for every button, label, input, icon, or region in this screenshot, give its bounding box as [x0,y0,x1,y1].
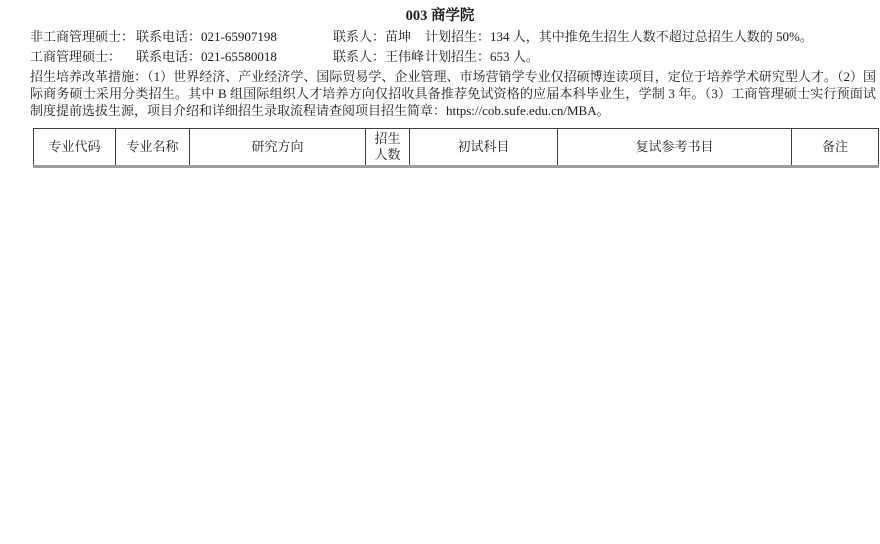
document-page: { "page": { "title": "003 商学院" }, "intro… [0,0,880,544]
mba-link[interactable]: https://cob.sufe.edu.cn/MBA [446,103,597,118]
header-major-name: 专业名称 [116,129,190,167]
contact-phone: 联系电话：021-65907198 [136,29,333,45]
planned-enrollment: 计划招生：134 人，其中推免生招生人数不超过总招生人数的 50%。 [425,29,880,45]
header-row: 专业代码 专业名称 研究方向 招生人数 初试科目 复试参考书目 备注 [34,129,879,167]
header-enrollment: 招生人数 [366,129,410,167]
contact-person: 联系人：王伟峰 [333,49,425,65]
table-header: 专业代码 专业名称 研究方向 招生人数 初试科目 复试参考书目 备注 [34,129,879,167]
planned-enrollment: 计划招生：653 人。 [425,49,880,65]
contact-line-mba: 工商管理硕士： 联系电话：021-65580018 联系人：王伟峰 计划招生：6… [30,49,880,65]
measures-period: 。 [597,103,610,118]
program-label: 非工商管理硕士： [30,29,136,45]
contact-phone: 联系电话：021-65580018 [136,49,333,65]
page-title: 003 商学院 [0,0,880,25]
header-research-direction: 研究方向 [190,129,366,167]
admission-measures: 招生培养改革措施：（1）世界经济、产业经济学、国际贸易学、企业管理、市场营销学专… [30,68,876,119]
header-major-code: 专业代码 [34,129,116,167]
contact-person: 联系人：苗坤 [333,29,425,45]
header-retest-reference-books: 复试参考书目 [558,129,792,167]
header-initial-exam-subjects: 初试科目 [410,129,558,167]
header-remarks: 备注 [792,129,879,167]
program-label: 工商管理硕士： [30,49,136,65]
programs-table: 专业代码 专业名称 研究方向 招生人数 初试科目 复试参考书目 备注 [33,128,879,168]
contact-line-non-mba: 非工商管理硕士： 联系电话：021-65907198 联系人：苗坤 计划招生：1… [30,29,880,45]
